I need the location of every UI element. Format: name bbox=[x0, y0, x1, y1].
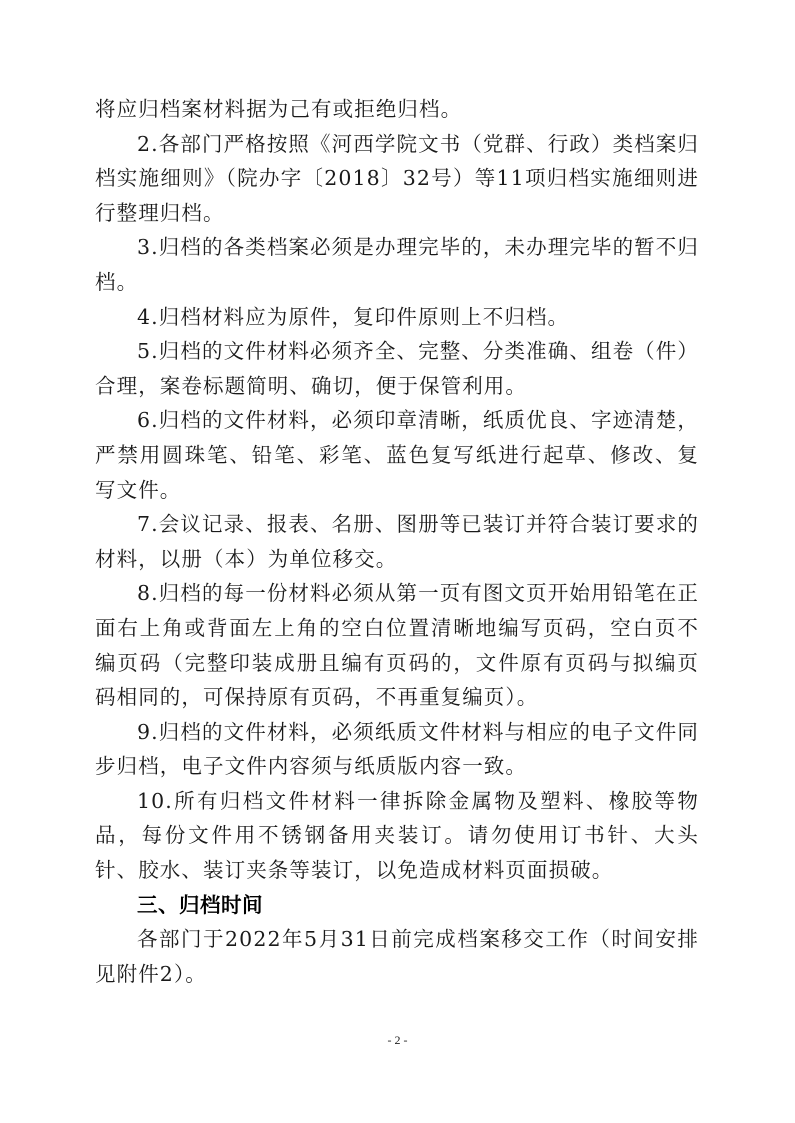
section-heading: 三、归档时间 bbox=[95, 888, 699, 923]
page-number: - 2 - bbox=[0, 1033, 795, 1048]
paragraph-item-8: 8.归档的每一份材料必须从第一页有图文页开始用铅笔在正面右上角或背面左上角的空白… bbox=[95, 576, 699, 714]
paragraph-continuation: 将应归档案材料据为己有或拒绝归档。 bbox=[95, 92, 699, 127]
paragraph-item-5: 5.归档的文件材料必须齐全、完整、分类准确、组卷（件）合理，案卷标题简明、确切，… bbox=[95, 334, 699, 403]
paragraph-item-6: 6.归档的文件材料，必须印章清晰，纸质优良、字迹清楚，严禁用圆珠笔、铅笔、彩笔、… bbox=[95, 403, 699, 507]
paragraph-item-2: 2.各部门严格按照《河西学院文书（党群、行政）类档案归档实施细则》（院办字〔20… bbox=[95, 127, 699, 231]
document-page: 将应归档案材料据为己有或拒绝归档。 2.各部门严格按照《河西学院文书（党群、行政… bbox=[0, 0, 795, 1123]
paragraph-item-7: 7.会议记录、报表、名册、图册等已装订并符合装订要求的材料，以册（本）为单位移交… bbox=[95, 507, 699, 576]
paragraph-item-4: 4.归档材料应为原件，复印件原则上不归档。 bbox=[95, 300, 699, 335]
paragraph-item-3: 3.归档的各类档案必须是办理完毕的，未办理完毕的暂不归档。 bbox=[95, 230, 699, 299]
document-body: 将应归档案材料据为己有或拒绝归档。 2.各部门严格按照《河西学院文书（党群、行政… bbox=[95, 92, 699, 991]
section-body: 各部门于2022年5月31日前完成档案移交工作（时间安排见附件2）。 bbox=[95, 922, 699, 991]
paragraph-item-9: 9.归档的文件材料，必须纸质文件材料与相应的电子文件同步归档，电子文件内容须与纸… bbox=[95, 715, 699, 784]
paragraph-item-10: 10.所有归档文件材料一律拆除金属物及塑料、橡胶等物品，每份文件用不锈钢备用夹装… bbox=[95, 784, 699, 888]
